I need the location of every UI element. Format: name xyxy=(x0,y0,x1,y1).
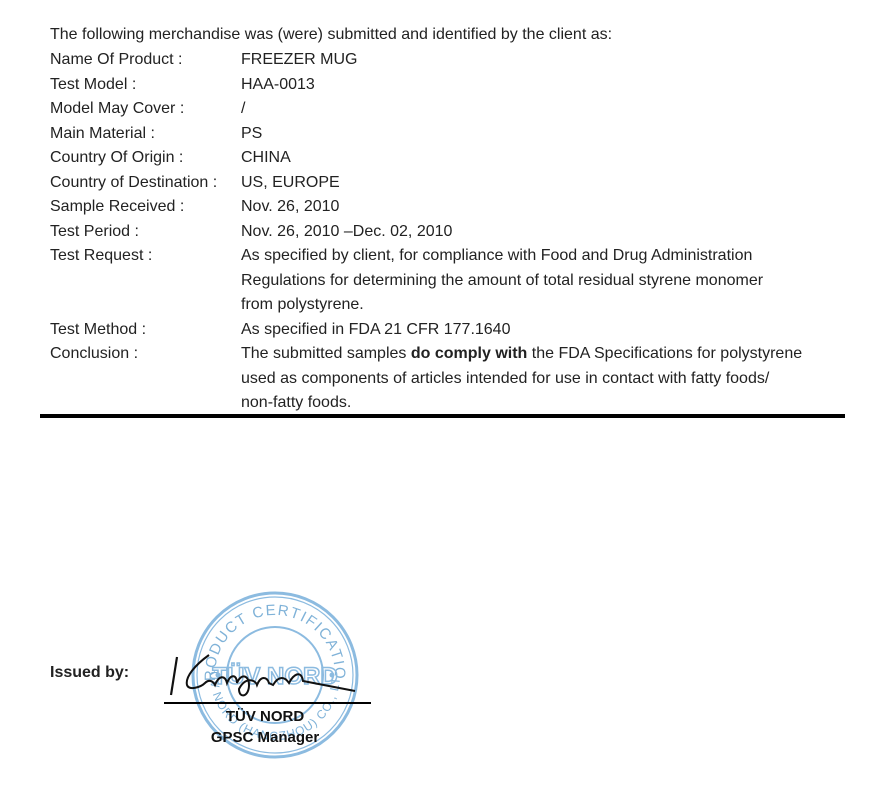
field-label: Sample Received : xyxy=(50,195,241,220)
field-value: PS xyxy=(241,122,841,147)
field-value: / xyxy=(241,97,841,122)
value-line: used as components of articles intended … xyxy=(241,367,841,392)
field-value: US, EUROPE xyxy=(241,171,841,196)
field-row-test-method: Test Method : As specified in FDA 21 CFR… xyxy=(50,318,841,343)
field-label: Model May Cover : xyxy=(50,97,241,122)
field-value: Nov. 26, 2010 –Dec. 02, 2010 xyxy=(241,220,841,245)
field-row-origin: Country Of Origin : CHINA xyxy=(50,146,841,171)
signer-company: TÜV NORD xyxy=(200,706,330,727)
signer-title: GPSC Manager xyxy=(200,727,330,748)
conclusion-text: The submitted samples xyxy=(241,345,411,362)
issued-by-label: Issued by: xyxy=(50,664,129,682)
field-value: FREEZER MUG xyxy=(241,48,841,73)
field-label: Country of Destination : xyxy=(50,171,241,196)
field-row-model-cover: Model May Cover : / xyxy=(50,97,841,122)
field-value: HAA-0013 xyxy=(241,73,841,98)
field-row-destination: Country of Destination : US, EUROPE xyxy=(50,171,841,196)
field-row-sample-received: Sample Received : Nov. 26, 2010 xyxy=(50,195,841,220)
field-label: Country Of Origin : xyxy=(50,146,241,171)
conclusion-emphasis: do comply with xyxy=(411,345,527,362)
signature-line xyxy=(164,702,371,704)
field-value: Nov. 26, 2010 xyxy=(241,195,841,220)
field-value: CHINA xyxy=(241,146,841,171)
details-table: Name Of Product : FREEZER MUG Test Model… xyxy=(50,48,841,416)
field-value: As specified by client, for compliance w… xyxy=(241,244,841,318)
value-line: The submitted samples do comply with the… xyxy=(241,342,841,367)
field-label: Test Method : xyxy=(50,318,241,343)
signature-icon xyxy=(165,645,360,705)
signer-block: TÜV NORD GPSC Manager xyxy=(200,706,330,748)
value-line: As specified by client, for compliance w… xyxy=(241,244,841,269)
conclusion-text: the FDA Specifications for polystyrene xyxy=(527,345,802,362)
field-value: The submitted samples do comply with the… xyxy=(241,342,841,416)
field-label: Test Request : xyxy=(50,244,241,318)
value-line: from polystyrene. xyxy=(241,293,841,318)
field-row-model: Test Model : HAA-0013 xyxy=(50,73,841,98)
value-line: non-fatty foods. xyxy=(241,391,841,416)
field-row-conclusion: Conclusion : The submitted samples do co… xyxy=(50,342,841,416)
value-line: Regulations for determining the amount o… xyxy=(241,269,841,294)
field-row-test-period: Test Period : Nov. 26, 2010 –Dec. 02, 20… xyxy=(50,220,841,245)
field-row-test-request: Test Request : As specified by client, f… xyxy=(50,244,841,318)
field-row-product: Name Of Product : FREEZER MUG xyxy=(50,48,841,73)
field-value: As specified in FDA 21 CFR 177.1640 xyxy=(241,318,841,343)
field-label: Name Of Product : xyxy=(50,48,241,73)
intro-text: The following merchandise was (were) sub… xyxy=(50,24,612,46)
field-label: Main Material : xyxy=(50,122,241,147)
field-label: Test Model : xyxy=(50,73,241,98)
field-label: Test Period : xyxy=(50,220,241,245)
section-divider xyxy=(40,414,845,418)
field-label: Conclusion : xyxy=(50,342,241,416)
field-row-material: Main Material : PS xyxy=(50,122,841,147)
